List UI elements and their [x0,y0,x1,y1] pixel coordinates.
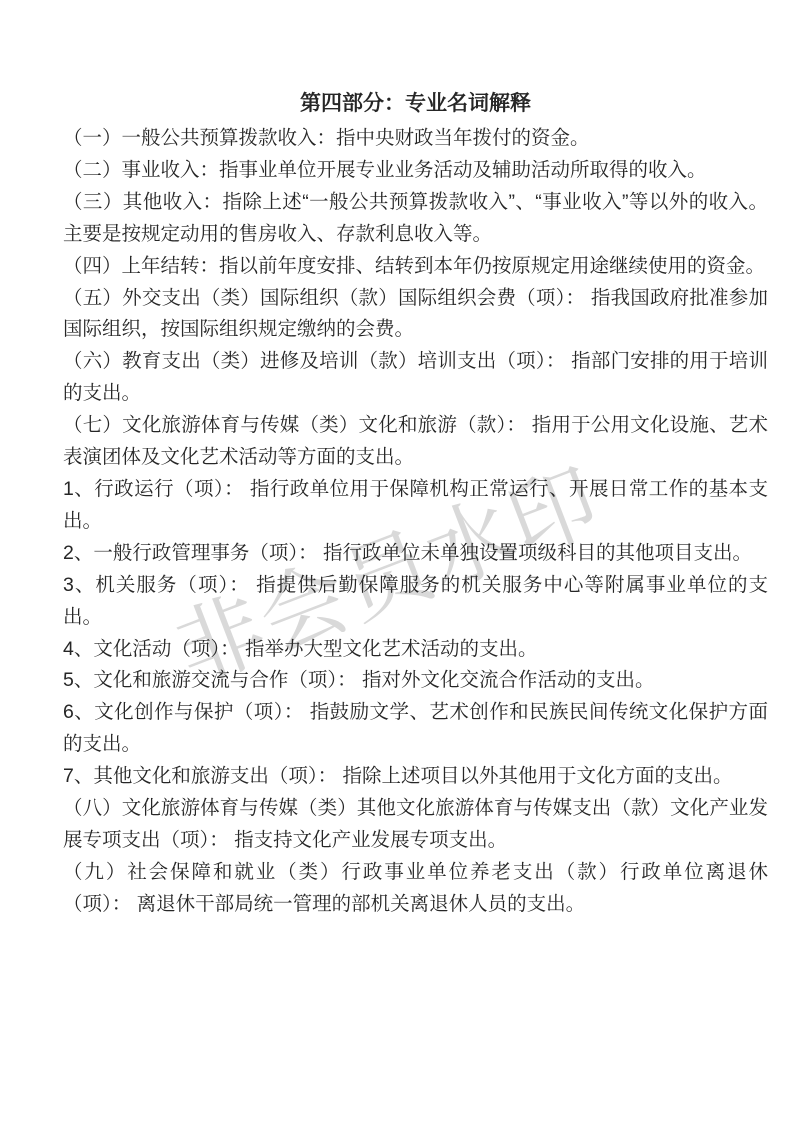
paragraph-item-general-admin-affairs: 2、一般行政管理事务（项）： 指行政单位未单独设置项级科目的其他项目支出。 [63,538,768,570]
paragraph-term-general-budget-income: （一）一般公共预算拨款收入：指中央财政当年拨付的资金。 [63,123,768,155]
paragraph-term-social-security-retirement: （九）社会保障和就业（类）行政事业单位养老支出（款）行政单位离退休（项）： 离退… [63,857,768,921]
document-page: 非会员水印 第四部分：专业名词解释 （一）一般公共预算拨款收入：指中央财政当年拨… [0,0,794,1122]
paragraph-term-other-income: （三）其他收入：指除上述“一般公共预算拨款收入”、“事业收入”等以外的收入。主要… [63,187,768,251]
paragraph-term-culture-tourism-expense: （七）文化旅游体育与传媒（类）文化和旅游（款）： 指用于公用文化设施、艺术表演团… [63,410,768,474]
paragraph-item-agency-services: 3、机关服务（项）： 指提供后勤保障服务的机关服务中心等附属事业单位的支出。 [63,570,768,634]
paragraph-term-education-expense: （六）教育支出（类）进修及培训（款）培训支出（项）： 指部门安排的用于培训的支出… [63,346,768,410]
section-title: 第四部分：专业名词解释 [63,85,768,123]
document-content: 第四部分：专业名词解释 （一）一般公共预算拨款收入：指中央财政当年拨付的资金。 … [63,85,768,921]
paragraph-term-carryover: （四）上年结转：指以前年度安排、结转到本年仍按原规定用途继续使用的资金。 [63,251,768,283]
paragraph-item-other-culture-tourism-expense: 7、其他文化和旅游支出（项）： 指除上述项目以外其他用于文化方面的支出。 [63,761,768,793]
paragraph-term-culture-industry-special-expense: （八）文化旅游体育与传媒（类）其他文化旅游体育与传媒支出（款）文化产业发展专项支… [63,793,768,857]
paragraph-item-cultural-creation-protection: 6、文化创作与保护（项）： 指鼓励文学、艺术创作和民族民间传统文化保护方面的支出… [63,697,768,761]
paragraph-term-foreign-affairs-expense: （五）外交支出（类）国际组织（款）国际组织会费（项）： 指我国政府批准参加国际组… [63,283,768,347]
paragraph-term-business-income: （二）事业收入：指事业单位开展专业业务活动及辅助活动所取得的收入。 [63,155,768,187]
paragraph-item-cultural-activities: 4、文化活动（项）： 指举办大型文化艺术活动的支出。 [63,634,768,666]
paragraph-item-culture-tourism-exchange: 5、文化和旅游交流与合作（项）： 指对外文化交流合作活动的支出。 [63,665,768,697]
paragraph-item-administrative-operation: 1、行政运行（项）： 指行政单位用于保障机构正常运行、开展日常工作的基本支出。 [63,474,768,538]
